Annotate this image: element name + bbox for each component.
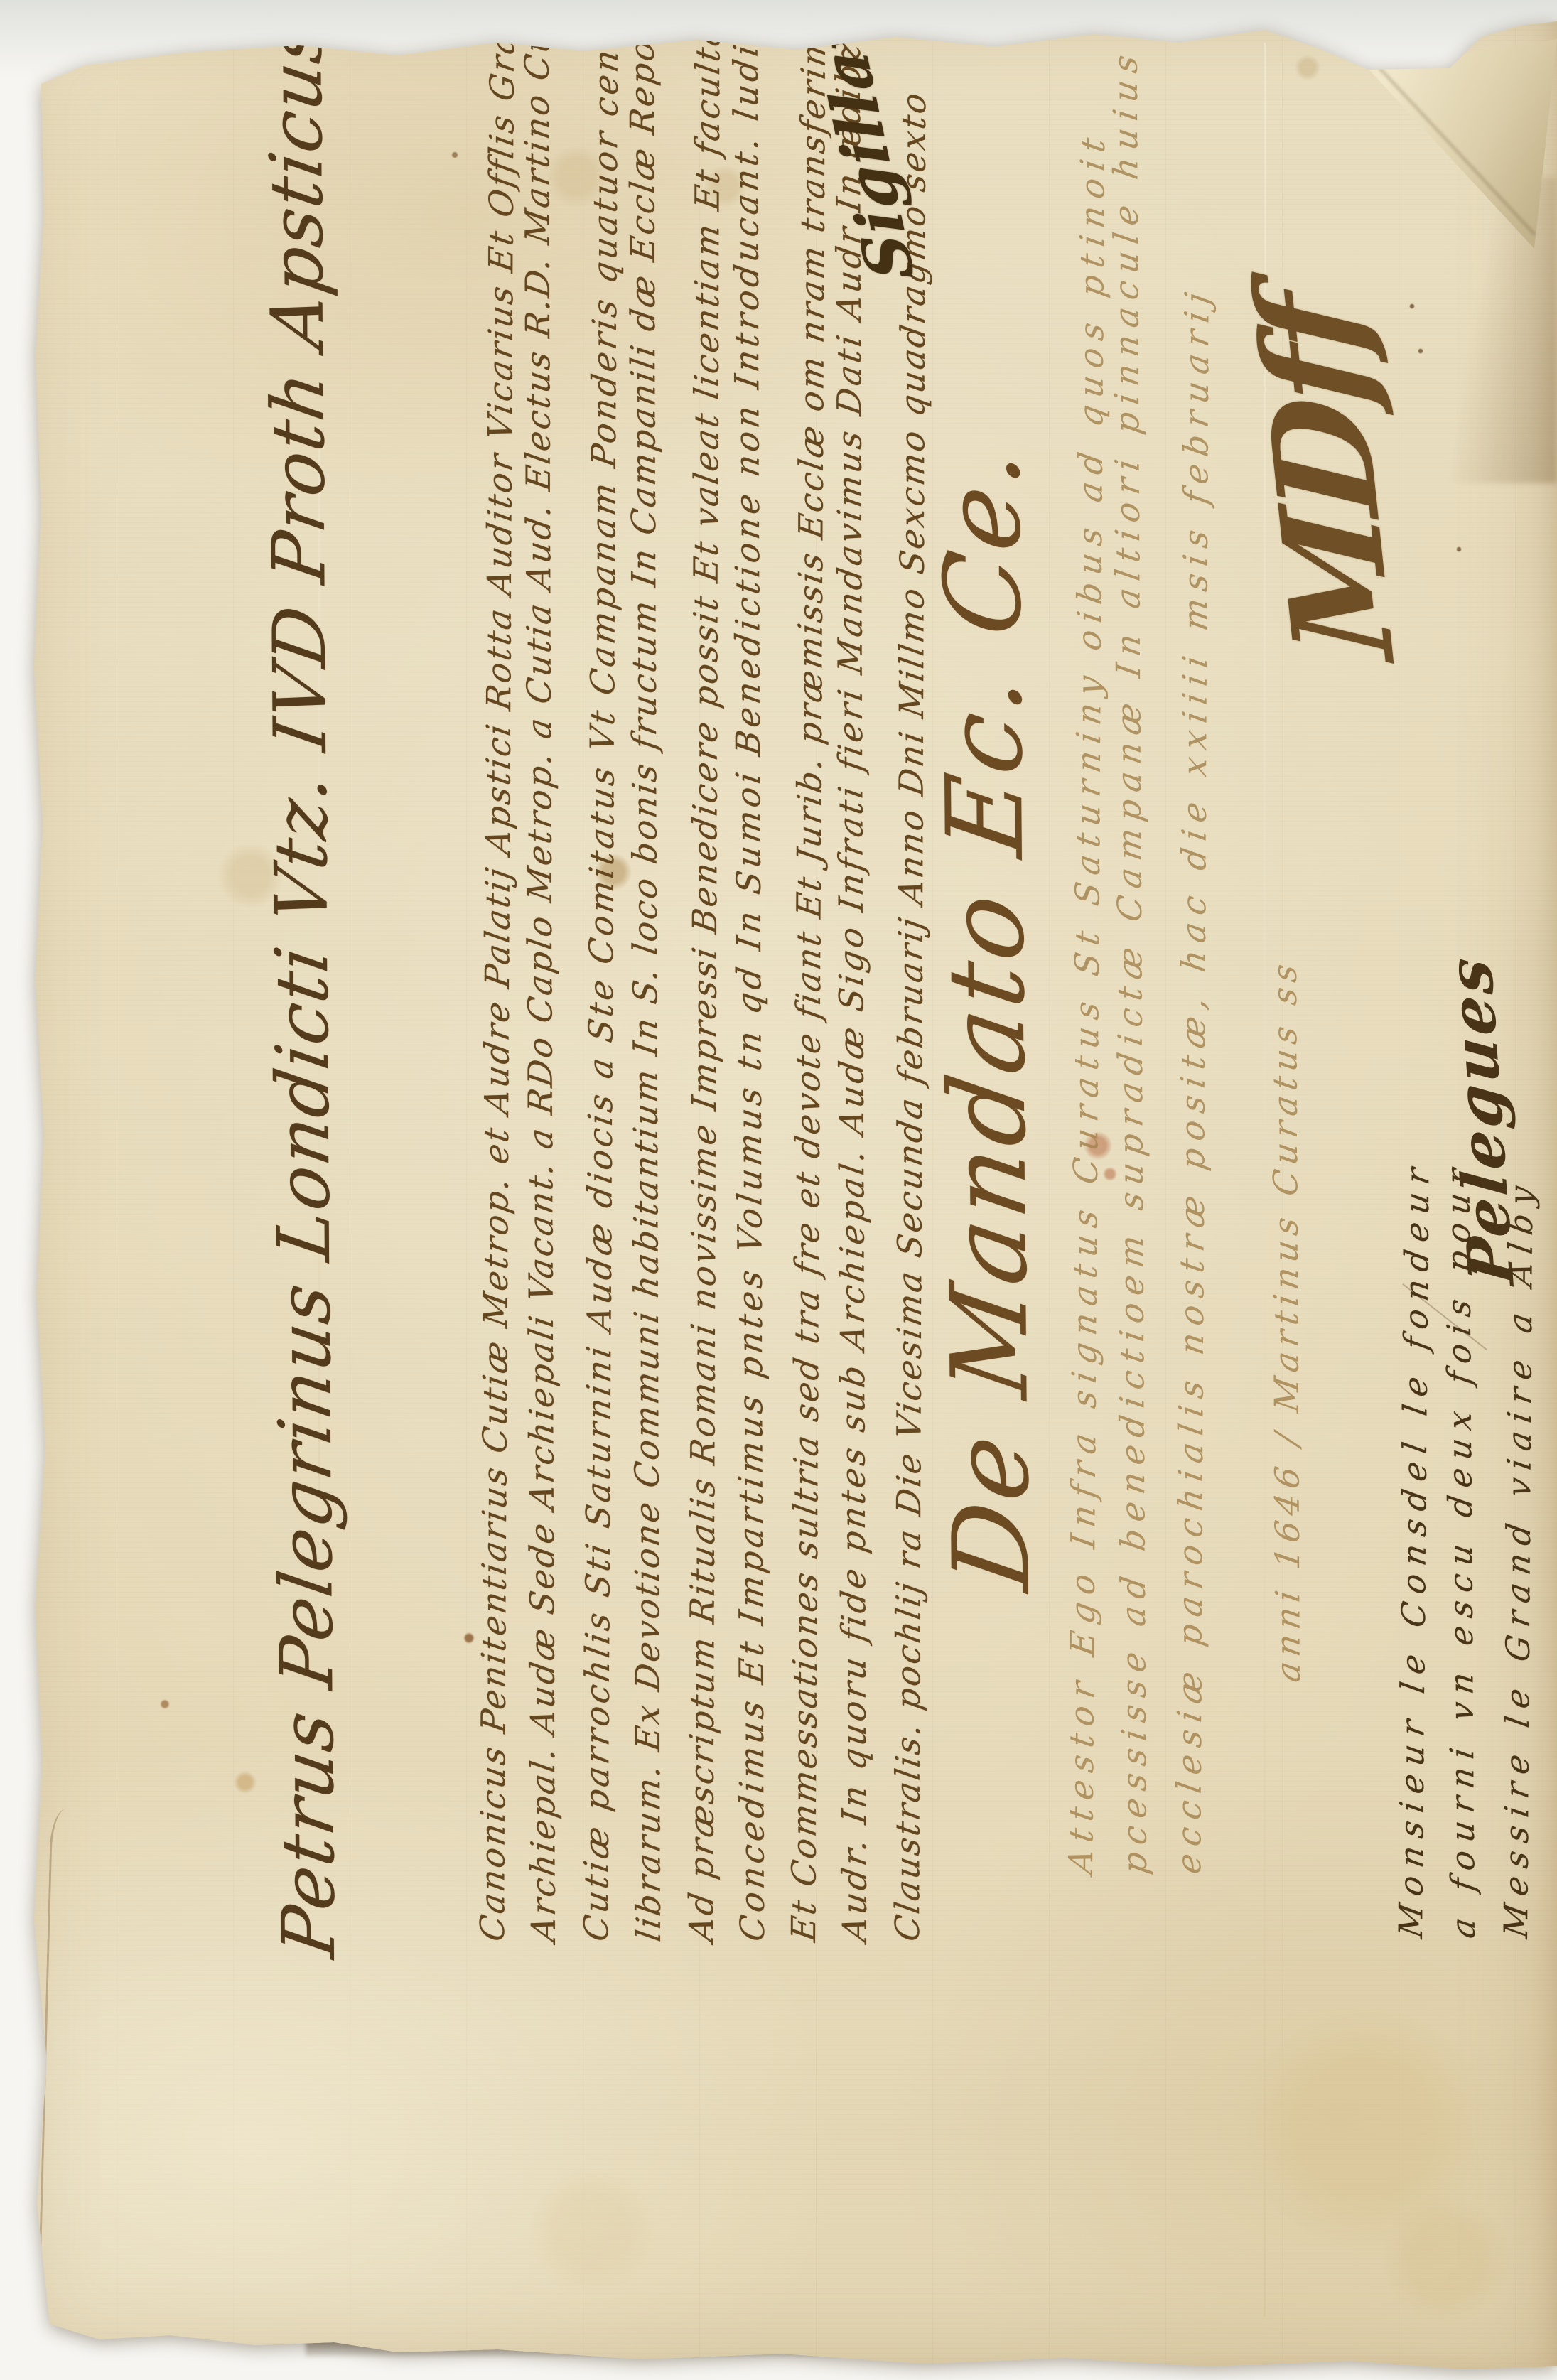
rotated-manuscript-text: Petrus Pelegrinus Londicti Vtz. IVD Prot… (263, 14, 1557, 1983)
ms-line-body-5: Ad præscriptum Ritualis Romani novissime… (685, 0, 726, 1944)
ms-line-body-3: Cutiæ parrochlis Sti Saturnini Audæ dioc… (580, 0, 623, 1944)
ms-line-attest-1: Attestor Ego Infra signatus Curatus St S… (1065, 128, 1110, 1876)
stain (1382, 2196, 1510, 2324)
ms-line-heading: Petrus Pelegrinus Londicti Vtz. IVD Prot… (259, 0, 346, 1961)
ms-line-body-9: Claustralis. pochlij ra Die Vicesima Sec… (891, 88, 931, 1944)
paper-wrapper: Petrus Pelegrinus Londicti Vtz. IVD Prot… (0, 0, 1557, 2380)
stain (529, 2168, 657, 2295)
ms-line-body-2: Archiepal. Audæ Sede Archiepali Vacant. … (520, 0, 561, 1944)
stain (160, 1699, 170, 1709)
ms-line-attest-3: ecclesiæ parochialis nostræ positæ, hac … (1173, 283, 1214, 1876)
margin-pen-mark (38, 1809, 77, 2321)
ms-line-body-1: Canonicus Penitentiarius Cutiæ Metrop. e… (476, 0, 520, 1944)
ms-line-french-1: Monsieur le Consdel le fondeur (1394, 1157, 1433, 1940)
ms-line-body-7: Et Commessationes sultria sed tra fre et… (787, 0, 831, 1944)
ms-line-attest-2: pcessisse ad benedictioem supradictæ Cam… (1109, 45, 1152, 1876)
corner-curl-shading (1451, 178, 1557, 483)
stain (234, 1771, 257, 1794)
ms-line-subscript-big: De Mandato Ec. Ce. (930, 437, 1045, 1595)
ms-line-body-4: librarum. Ex Devotione Communi habitanti… (625, 0, 666, 1944)
ms-line-paraph: MDff (1240, 296, 1414, 661)
ms-line-attest-4: anni 1646 / Martinus Curatus ss (1268, 957, 1305, 1684)
ms-line-french-3: Messire le Grand viaire a Alby (1499, 1175, 1537, 1940)
ms-line-body-6: Concedimus Et Impartimus pntes Volumus t… (730, 39, 770, 1944)
manuscript-page: Petrus Pelegrinus Londicti Vtz. IVD Prot… (0, 0, 1557, 2380)
ms-line-body-8: Audr. In quoru fide pntes sub Archiepal.… (831, 0, 872, 1944)
